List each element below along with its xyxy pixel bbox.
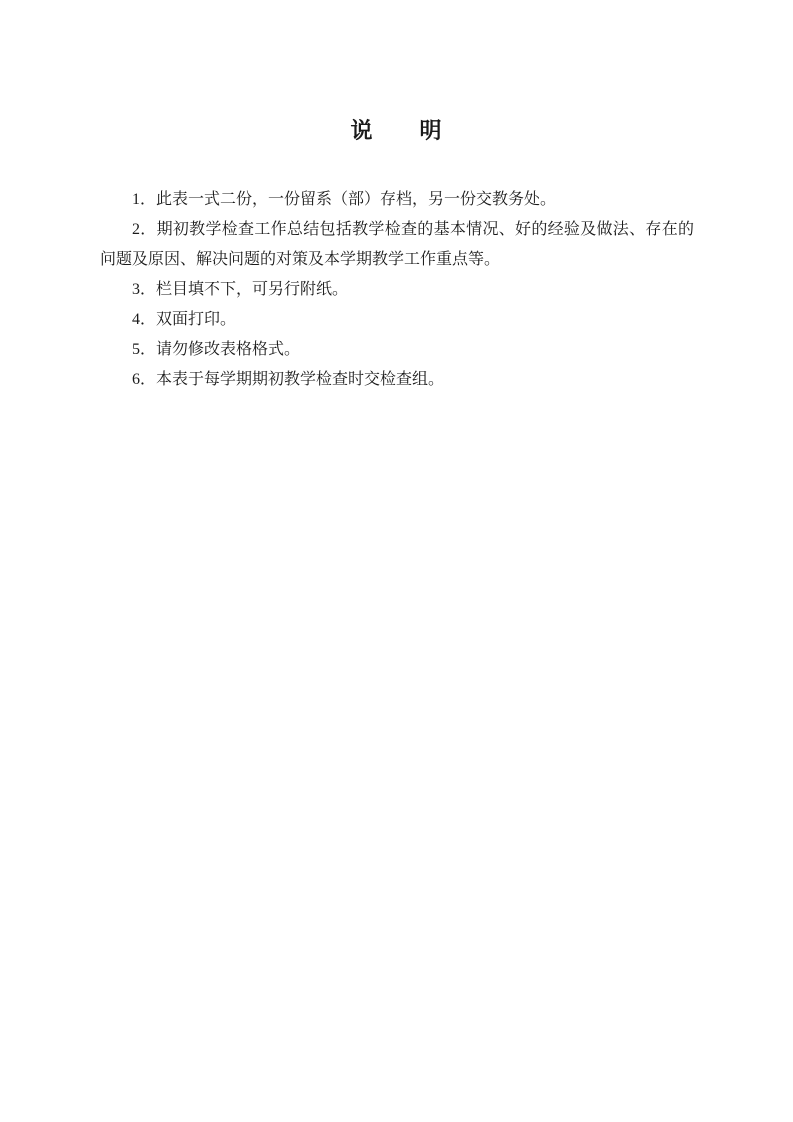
note-item-3: 3．栏目填不下，可另行附纸。 xyxy=(100,275,694,305)
note-item-2: 2．期初教学检查工作总结包括教学检查的基本情况、好的经验及做法、存在的问题及原因… xyxy=(100,215,694,275)
note-item-6: 6．本表于每学期期初教学检查时交检查组。 xyxy=(100,365,694,395)
note-item-5: 5．请勿修改表格格式。 xyxy=(100,335,694,365)
document-page: 说 明 1．此表一式二份，一份留系（部）存档，另一份交教务处。 2．期初教学检查… xyxy=(0,0,793,1122)
notes-list: 1．此表一式二份，一份留系（部）存档，另一份交教务处。 2．期初教学检查工作总结… xyxy=(100,185,694,395)
page-title: 说 明 xyxy=(0,0,793,145)
note-item-4: 4．双面打印。 xyxy=(100,305,694,335)
note-item-1: 1．此表一式二份，一份留系（部）存档，另一份交教务处。 xyxy=(100,185,694,215)
